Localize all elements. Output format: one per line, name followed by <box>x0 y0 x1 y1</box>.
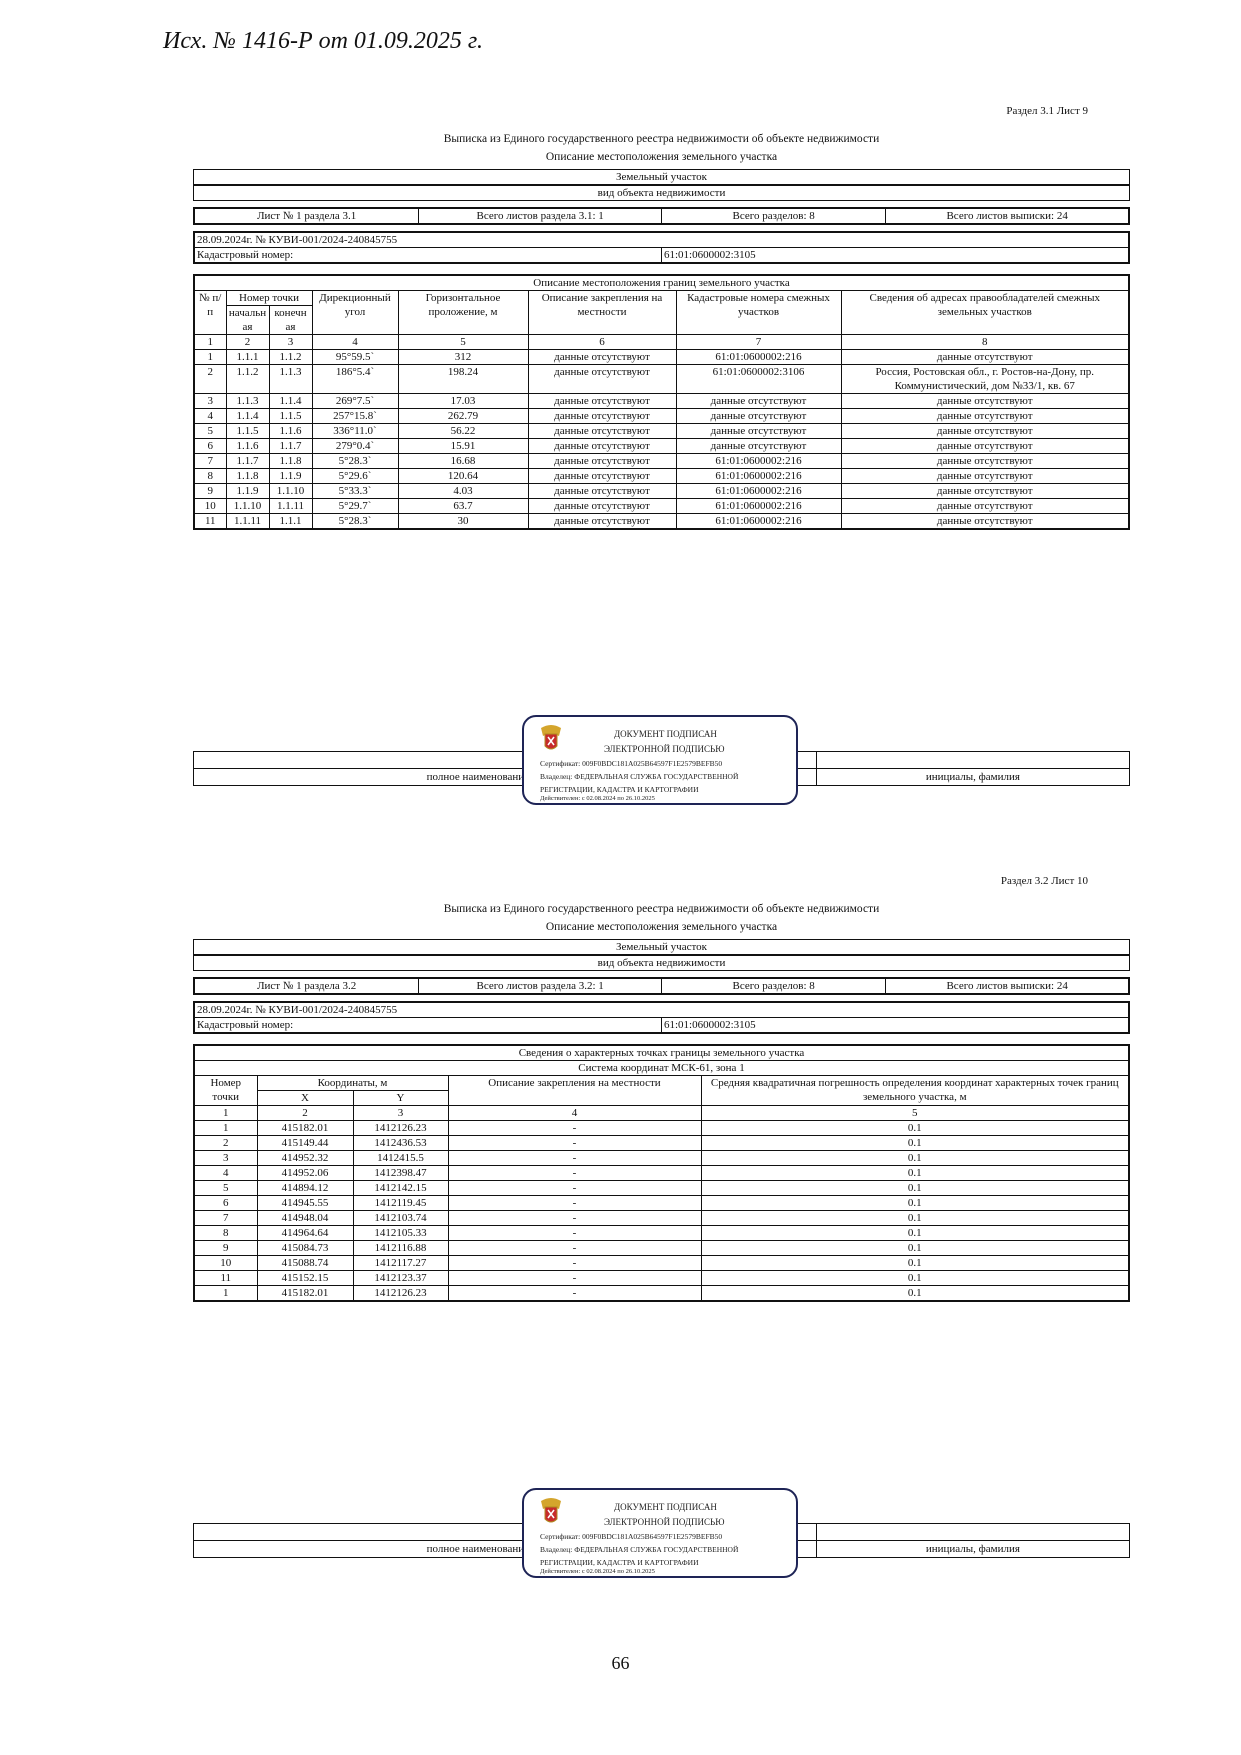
stamp-title-2: ЭЛЕКТРОННОЙ ПОДПИСЬЮ <box>604 744 724 754</box>
table-cell: 279°0.4` <box>312 439 398 454</box>
sheet-number: Лист № 1 раздела 3.1 <box>194 208 419 224</box>
header-start: начальн ая <box>226 306 269 335</box>
table-cell: 0.1 <box>701 1226 1129 1241</box>
table-cell: 15.91 <box>398 439 528 454</box>
table-cell: 1412126.23 <box>353 1286 448 1302</box>
document-subtitle: Описание местоположения земельного участ… <box>193 921 1130 933</box>
table-cell: данные отсутствуют <box>676 439 841 454</box>
table-cell: 1 <box>194 350 226 365</box>
table-row: 3414952.321412415.5-0.1 <box>194 1151 1129 1166</box>
table-cell: 63.7 <box>398 499 528 514</box>
table-cell: 0.1 <box>701 1256 1129 1271</box>
table-cell: 1.1.7 <box>226 454 269 469</box>
table-cell: 414894.12 <box>257 1181 353 1196</box>
header-fixing: Описание закрепления на местности <box>528 291 676 335</box>
table-cell: 56.22 <box>398 424 528 439</box>
table-cell: 5°29.6` <box>312 469 398 484</box>
table-cell: 9 <box>194 1241 257 1256</box>
table-row: 101.1.101.1.115°29.7`63.7данные отсутств… <box>194 499 1129 514</box>
electronic-signature-stamp: ДОКУМЕНТ ПОДПИСАН ЭЛЕКТРОННОЙ ПОДПИСЬЮ С… <box>522 1488 798 1578</box>
table-cell: 7 <box>194 1211 257 1226</box>
table-cell: данные отсутствуют <box>841 409 1129 424</box>
header-end: конечн ая <box>269 306 312 335</box>
table-cell: данные отсутствуют <box>528 394 676 409</box>
table-cell: 312 <box>398 350 528 365</box>
table-cell: 5°28.3` <box>312 514 398 530</box>
coat-of-arms-icon <box>538 722 564 754</box>
header-coords: Координаты, м <box>257 1076 448 1091</box>
table-cell: 414952.06 <box>257 1166 353 1181</box>
header-length: Горизонтальное проложение, м <box>398 291 528 335</box>
header-angle: Дирекционный угол <box>312 291 398 335</box>
table-cell: 2 <box>194 1136 257 1151</box>
extract-id-table: 28.09.2024г. № КУВИ-001/2024-240845755 К… <box>193 231 1130 264</box>
table-cell: 186°5.4` <box>312 365 398 394</box>
table-cell: 269°7.5` <box>312 394 398 409</box>
stamp-validity: Действителен: с 02.08.2024 по 26.10.2025 <box>540 1568 655 1575</box>
table-cell: - <box>448 1241 701 1256</box>
header-point: Номер точки <box>194 1076 257 1106</box>
stamp-owner-1: Владелец: ФЕДЕРАЛЬНАЯ СЛУЖБА ГОСУДАРСТВЕ… <box>540 772 738 781</box>
table-row: 8414964.641412105.33-0.1 <box>194 1226 1129 1241</box>
table-row: 1415182.011412126.23-0.1 <box>194 1286 1129 1302</box>
table-cell: 61:01:0600002:216 <box>676 350 841 365</box>
table-cell: 336°11.0` <box>312 424 398 439</box>
table-cell: 17.03 <box>398 394 528 409</box>
column-number: 5 <box>701 1106 1129 1121</box>
table-row: 6414945.551412119.45-0.1 <box>194 1196 1129 1211</box>
document-title: Выписка из Единого государственного реес… <box>193 903 1130 915</box>
stamp-owner-1: Владелец: ФЕДЕРАЛЬНАЯ СЛУЖБА ГОСУДАРСТВЕ… <box>540 1545 738 1554</box>
table-cell: данные отсутствуют <box>528 469 676 484</box>
boundaries-caption: Описание местоположения границ земельног… <box>194 275 1129 291</box>
table-row: 10415088.741412117.27-0.1 <box>194 1256 1129 1271</box>
table-cell: 5°33.3` <box>312 484 398 499</box>
table-cell: 415152.15 <box>257 1271 353 1286</box>
stamp-title-1: ДОКУМЕНТ ПОДПИСАН <box>614 729 717 739</box>
table-cell: 6 <box>194 1196 257 1211</box>
header-owners: Сведения об адресах правообладателей сме… <box>841 291 1129 335</box>
table-cell: 1412436.53 <box>353 1136 448 1151</box>
table-cell: 1.1.5 <box>226 424 269 439</box>
stamp-owner-2: РЕГИСТРАЦИИ, КАДАСТРА И КАРТОГРАФИИ <box>540 1558 699 1567</box>
table-cell: - <box>448 1211 701 1226</box>
table-cell: 414964.64 <box>257 1226 353 1241</box>
table-cell: 1.1.11 <box>226 514 269 530</box>
table-cell: 0.1 <box>701 1136 1129 1151</box>
points-table: Сведения о характерных точках границы зе… <box>193 1044 1130 1302</box>
table-cell: 1412398.47 <box>353 1166 448 1181</box>
table-cell: 30 <box>398 514 528 530</box>
table-cell: 10 <box>194 499 226 514</box>
table-row: 91.1.91.1.105°33.3`4.03данные отсутствую… <box>194 484 1129 499</box>
document-subtitle: Описание местоположения земельного участ… <box>193 151 1130 163</box>
table-cell: 414948.04 <box>257 1211 353 1226</box>
table-cell: 61:01:0600002:3106 <box>676 365 841 394</box>
table-cell: 120.64 <box>398 469 528 484</box>
table-cell: 0.1 <box>701 1181 1129 1196</box>
object-type-label: вид объекта недвижимости <box>194 185 1130 201</box>
object-type-label: вид объекта недвижимости <box>194 955 1130 971</box>
table-cell: данные отсутствуют <box>676 409 841 424</box>
table-cell: данные отсутствуют <box>676 424 841 439</box>
stamp-owner-2: РЕГИСТРАЦИИ, КАДАСТРА И КАРТОГРАФИИ <box>540 785 699 794</box>
sheet-counters: Лист № 1 раздела 3.1 Всего листов раздел… <box>193 207 1130 225</box>
table-cell: 1412119.45 <box>353 1196 448 1211</box>
table-cell: 0.1 <box>701 1196 1129 1211</box>
table-cell: 1.1.9 <box>269 469 312 484</box>
table-cell: 1412116.88 <box>353 1241 448 1256</box>
stamp-title-2: ЭЛЕКТРОННОЙ ПОДПИСЬЮ <box>604 1517 724 1527</box>
extract-id: 28.09.2024г. № КУВИ-001/2024-240845755 <box>194 232 1129 248</box>
coat-of-arms-icon <box>538 1495 564 1527</box>
column-number: 1 <box>194 1106 257 1121</box>
object-type-table: Земельный участок вид объекта недвижимос… <box>193 169 1130 201</box>
column-number: 3 <box>269 335 312 350</box>
table-row: 81.1.81.1.95°29.6`120.64данные отсутству… <box>194 469 1129 484</box>
table-cell: - <box>448 1136 701 1151</box>
table-row: 41.1.41.1.5257°15.8`262.79данные отсутст… <box>194 409 1129 424</box>
table-cell: 415088.74 <box>257 1256 353 1271</box>
outgoing-reference: Исх. № 1416-Р от 01.09.2025 г. <box>163 28 483 55</box>
table-cell: данные отсутствуют <box>841 454 1129 469</box>
column-number: 1 <box>194 335 226 350</box>
table-cell: 9 <box>194 484 226 499</box>
column-numbers-row: 12345678 <box>194 335 1129 350</box>
table-cell: 1.1.10 <box>269 484 312 499</box>
table-cell: 1.1.10 <box>226 499 269 514</box>
table-cell: 415182.01 <box>257 1121 353 1136</box>
sheet-reference: Раздел 3.1 Лист 9 <box>193 105 1130 119</box>
table-cell: данные отсутствуют <box>841 394 1129 409</box>
table-cell: - <box>448 1226 701 1241</box>
table-cell: 1.1.5 <box>269 409 312 424</box>
table-cell: 7 <box>194 454 226 469</box>
table-row: 61.1.61.1.7279°0.4`15.91данные отсутству… <box>194 439 1129 454</box>
table-row: 21.1.21.1.3186°5.4`198.24данные отсутств… <box>194 365 1129 394</box>
table-cell: - <box>448 1121 701 1136</box>
stamp-certificate: Сертификат: 009F0BDC181A025B64597F1E2579… <box>540 759 722 768</box>
column-number: 2 <box>226 335 269 350</box>
stamp-title-1: ДОКУМЕНТ ПОДПИСАН <box>614 1502 717 1512</box>
table-cell: 1412123.37 <box>353 1271 448 1286</box>
table-cell: 5 <box>194 1181 257 1196</box>
table-cell: - <box>448 1196 701 1211</box>
table-cell: данные отсутствуют <box>841 514 1129 530</box>
column-number: 5 <box>398 335 528 350</box>
table-cell: данные отсутствуют <box>528 439 676 454</box>
header-x: X <box>257 1091 353 1106</box>
table-cell: 257°15.8` <box>312 409 398 424</box>
sections-count: Всего разделов: 8 <box>661 978 885 994</box>
table-cell: 1.1.4 <box>269 394 312 409</box>
table-cell: 1412105.33 <box>353 1226 448 1241</box>
table-cell: 8 <box>194 469 226 484</box>
table-cell: данные отсутствуют <box>528 409 676 424</box>
extract-sheets-count: Всего листов выписки: 24 <box>886 208 1129 224</box>
header-num: № п/п <box>194 291 226 335</box>
table-cell: 11 <box>194 514 226 530</box>
table-cell: 0.1 <box>701 1151 1129 1166</box>
table-cell: 1.1.9 <box>226 484 269 499</box>
table-cell: 4 <box>194 1166 257 1181</box>
cadastral-label: Кадастровый номер: <box>194 248 662 264</box>
document-title: Выписка из Единого государственного реес… <box>193 133 1130 145</box>
sections-count: Всего разделов: 8 <box>661 208 885 224</box>
table-cell: данные отсутствуют <box>841 499 1129 514</box>
table-cell: - <box>448 1286 701 1302</box>
cadastral-number: 61:01:0600002:3105 <box>662 248 1130 264</box>
table-row: 51.1.51.1.6336°11.0`56.22данные отсутств… <box>194 424 1129 439</box>
table-cell: 1.1.1 <box>226 350 269 365</box>
page-number: 66 <box>0 1653 1241 1674</box>
column-number: 2 <box>257 1106 353 1121</box>
table-cell: 0.1 <box>701 1121 1129 1136</box>
table-cell: 3 <box>194 1151 257 1166</box>
table-cell: 1.1.3 <box>269 365 312 394</box>
table-row: 1415182.011412126.23-0.1 <box>194 1121 1129 1136</box>
sheet-reference: Раздел 3.2 Лист 10 <box>193 875 1130 889</box>
table-cell: данные отсутствуют <box>528 365 676 394</box>
extract-id: 28.09.2024г. № КУВИ-001/2024-240845755 <box>194 1002 1129 1018</box>
table-cell: 4 <box>194 409 226 424</box>
coord-system: Система координат МСК-61, зона 1 <box>194 1061 1129 1076</box>
table-cell: данные отсутствуют <box>841 469 1129 484</box>
table-row: 111.1.111.1.15°28.3`30данные отсутствуют… <box>194 514 1129 530</box>
table-cell: 415182.01 <box>257 1286 353 1302</box>
column-number: 4 <box>448 1106 701 1121</box>
table-row: 31.1.31.1.4269°7.5`17.03данные отсутству… <box>194 394 1129 409</box>
table-cell: 1.1.2 <box>226 365 269 394</box>
sheet-counters: Лист № 1 раздела 3.2 Всего листов раздел… <box>193 977 1130 995</box>
table-cell: 415149.44 <box>257 1136 353 1151</box>
table-cell: данные отсутствуют <box>528 484 676 499</box>
table-cell: 61:01:0600002:216 <box>676 454 841 469</box>
table-cell: 1.1.8 <box>226 469 269 484</box>
points-caption: Сведения о характерных точках границы зе… <box>194 1045 1129 1061</box>
table-cell: 5°29.7` <box>312 499 398 514</box>
table-cell: данные отсутствуют <box>841 350 1129 365</box>
table-cell: 262.79 <box>398 409 528 424</box>
header-point: Номер точки <box>226 291 312 306</box>
table-cell: 0.1 <box>701 1211 1129 1226</box>
sheet-number: Лист № 1 раздела 3.2 <box>194 978 419 994</box>
table-row: 71.1.71.1.85°28.3`16.68данные отсутствую… <box>194 454 1129 469</box>
table-cell: 1.1.2 <box>269 350 312 365</box>
object-type: Земельный участок <box>194 170 1130 186</box>
table-cell: 415084.73 <box>257 1241 353 1256</box>
table-cell: 1412415.5 <box>353 1151 448 1166</box>
table-cell: 11 <box>194 1271 257 1286</box>
extract-id-table: 28.09.2024г. № КУВИ-001/2024-240845755 К… <box>193 1001 1130 1034</box>
object-type-table: Земельный участок вид объекта недвижимос… <box>193 939 1130 971</box>
table-cell: 3 <box>194 394 226 409</box>
table-cell: 1.1.3 <box>226 394 269 409</box>
table-cell: данные отсутствуют <box>676 394 841 409</box>
section-sheets-count: Всего листов раздела 3.1: 1 <box>419 208 662 224</box>
table-cell: 61:01:0600002:216 <box>676 484 841 499</box>
sheet-section-3-2: Раздел 3.2 Лист 10 Выписка из Единого го… <box>193 875 1130 1302</box>
cadastral-label: Кадастровый номер: <box>194 1018 662 1034</box>
table-cell: 1.1.7 <box>269 439 312 454</box>
table-cell: 0.1 <box>701 1241 1129 1256</box>
table-cell: - <box>448 1166 701 1181</box>
table-cell: 198.24 <box>398 365 528 394</box>
table-cell: 414945.55 <box>257 1196 353 1211</box>
column-number: 4 <box>312 335 398 350</box>
table-cell: 1 <box>194 1286 257 1302</box>
column-number: 7 <box>676 335 841 350</box>
stamp-validity: Действителен: с 02.08.2024 по 26.10.2025 <box>540 795 655 802</box>
table-cell: - <box>448 1181 701 1196</box>
table-cell: данные отсутствуют <box>528 454 676 469</box>
table-row: 4414952.061412398.47-0.1 <box>194 1166 1129 1181</box>
boundaries-table: Описание местоположения границ земельног… <box>193 274 1130 530</box>
table-cell: - <box>448 1271 701 1286</box>
table-cell: 1.1.1 <box>269 514 312 530</box>
table-cell: данные отсутствуют <box>841 439 1129 454</box>
table-cell: 1.1.6 <box>269 424 312 439</box>
table-row: 11.1.11.1.295°59.5`312данные отсутствуют… <box>194 350 1129 365</box>
stamp-certificate: Сертификат: 009F0BDC181A025B64597F1E2579… <box>540 1532 722 1541</box>
header-error: Средняя квадратичная погрешность определ… <box>701 1076 1129 1106</box>
table-cell: данные отсутствуют <box>528 424 676 439</box>
table-cell: 2 <box>194 365 226 394</box>
table-cell: 6 <box>194 439 226 454</box>
table-cell: 1412103.74 <box>353 1211 448 1226</box>
table-cell: данные отсутствуют <box>528 514 676 530</box>
table-cell: 0.1 <box>701 1271 1129 1286</box>
object-type: Земельный участок <box>194 940 1130 956</box>
section-sheets-count: Всего листов раздела 3.2: 1 <box>419 978 662 994</box>
table-cell: 1412142.15 <box>353 1181 448 1196</box>
header-y: Y <box>353 1091 448 1106</box>
table-cell: данные отсутствуют <box>841 484 1129 499</box>
table-cell: 0.1 <box>701 1286 1129 1302</box>
table-cell: 61:01:0600002:216 <box>676 514 841 530</box>
table-cell: 1.1.11 <box>269 499 312 514</box>
table-cell: 95°59.5` <box>312 350 398 365</box>
table-cell: 1412117.27 <box>353 1256 448 1271</box>
table-row: 11415152.151412123.37-0.1 <box>194 1271 1129 1286</box>
table-row: 9415084.731412116.88-0.1 <box>194 1241 1129 1256</box>
table-cell: 1.1.6 <box>226 439 269 454</box>
sheet-section-3-1: Раздел 3.1 Лист 9 Выписка из Единого гос… <box>193 105 1130 530</box>
table-row: 5414894.121412142.15-0.1 <box>194 1181 1129 1196</box>
table-cell: 61:01:0600002:216 <box>676 469 841 484</box>
table-row: 7414948.041412103.74-0.1 <box>194 1211 1129 1226</box>
column-number: 8 <box>841 335 1129 350</box>
column-number: 3 <box>353 1106 448 1121</box>
table-cell: 5 <box>194 424 226 439</box>
electronic-signature-stamp: ДОКУМЕНТ ПОДПИСАН ЭЛЕКТРОННОЙ ПОДПИСЬЮ С… <box>522 715 798 805</box>
table-cell: 5°28.3` <box>312 454 398 469</box>
table-cell: 414952.32 <box>257 1151 353 1166</box>
table-cell: Россия, Ростовская обл., г. Ростов-на-До… <box>841 365 1129 394</box>
header-fixing: Описание закрепления на местности <box>448 1076 701 1106</box>
table-cell: 0.1 <box>701 1166 1129 1181</box>
header-adjacent: Кадастровые номера смежных участков <box>676 291 841 335</box>
column-number: 6 <box>528 335 676 350</box>
table-cell: 10 <box>194 1256 257 1271</box>
cadastral-number: 61:01:0600002:3105 <box>662 1018 1130 1034</box>
table-row: 2415149.441412436.53-0.1 <box>194 1136 1129 1151</box>
extract-sheets-count: Всего листов выписки: 24 <box>886 978 1129 994</box>
table-cell: данные отсутствуют <box>528 499 676 514</box>
table-cell: данные отсутствуют <box>528 350 676 365</box>
table-cell: 1412126.23 <box>353 1121 448 1136</box>
table-cell: 8 <box>194 1226 257 1241</box>
table-cell: 16.68 <box>398 454 528 469</box>
name-label: инициалы, фамилия <box>816 769 1129 786</box>
table-cell: 1.1.4 <box>226 409 269 424</box>
table-cell: 61:01:0600002:216 <box>676 499 841 514</box>
table-cell: 4.03 <box>398 484 528 499</box>
table-cell: - <box>448 1256 701 1271</box>
table-cell: данные отсутствуют <box>841 424 1129 439</box>
table-cell: - <box>448 1151 701 1166</box>
table-cell: 1 <box>194 1121 257 1136</box>
column-numbers-row: 12345 <box>194 1106 1129 1121</box>
table-cell: 1.1.8 <box>269 454 312 469</box>
name-label: инициалы, фамилия <box>816 1541 1129 1558</box>
